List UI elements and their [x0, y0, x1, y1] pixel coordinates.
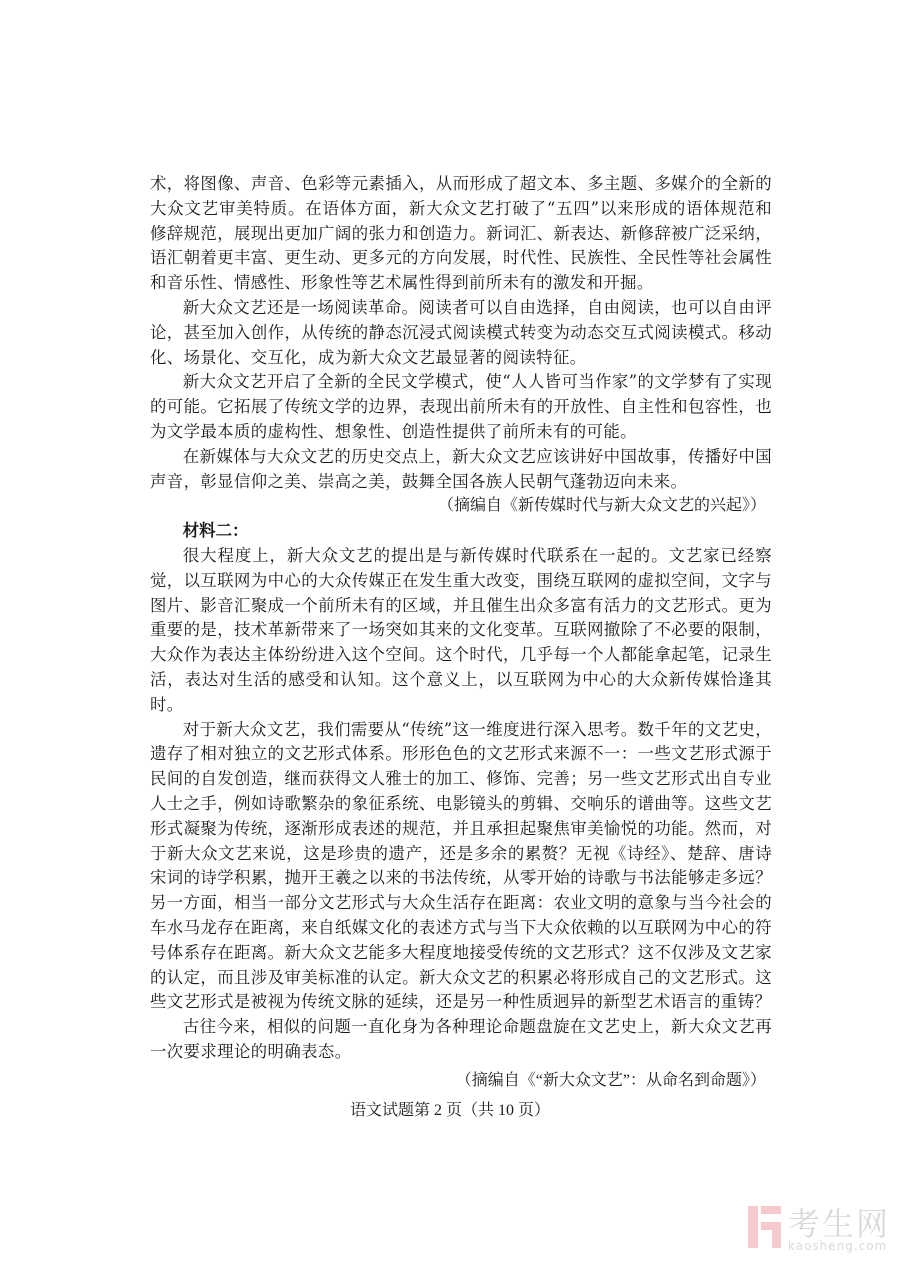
material-one-paragraph-continued: 术，将图像、声音、色彩等元素插入，从而形成了超文本、多主题、多媒介的全新的大众文…: [150, 172, 772, 296]
watermark-logo: 考生网 kaosheng.com: [748, 1203, 898, 1263]
watermark-domain: kaosheng.com: [788, 1239, 887, 1253]
material-two-paragraph: 很大程度上，新大众文艺的提出是与新传媒时代联系在一起的。文艺家已经察觉，以互联网…: [150, 544, 772, 718]
exam-page-body: 术，将图像、声音、色彩等元素插入，从而形成了超文本、多主题、多媒介的全新的大众文…: [150, 172, 772, 1093]
material-two-heading: 材料二：: [150, 519, 772, 544]
material-one-paragraph: 新大众文艺开启了全新的全民文学模式，使“人人皆可当作家”的文学梦有了实现的可能。…: [150, 370, 772, 444]
page-footer: 语文试题第 2 页（共 10 页）: [0, 1097, 900, 1120]
material-two-source: （摘编自《“新大众文艺”：从命名到命题》）: [150, 1069, 772, 1094]
material-two-paragraph: 古往今来，相似的问题一直化身为各种理论命题盘旋在文艺史上，新大众文艺再一次要求理…: [150, 1015, 772, 1065]
kaosheng-logo-icon: [748, 1206, 782, 1248]
material-two-paragraph: 对于新大众文艺，我们需要从“传统”这一维度进行深入思考。数千年的文艺史，遗存了相…: [150, 718, 772, 1016]
material-one-paragraph: 在新媒体与大众文艺的历史交点上，新大众文艺应该讲好中国故事，传播好中国声音，彰显…: [150, 445, 772, 495]
material-one-source: （摘编自《新传媒时代与新大众文艺的兴起》）: [150, 494, 772, 519]
material-one-paragraph: 新大众文艺还是一场阅读革命。阅读者可以自由选择，自由阅读，也可以自由评论，甚至加…: [150, 296, 772, 370]
